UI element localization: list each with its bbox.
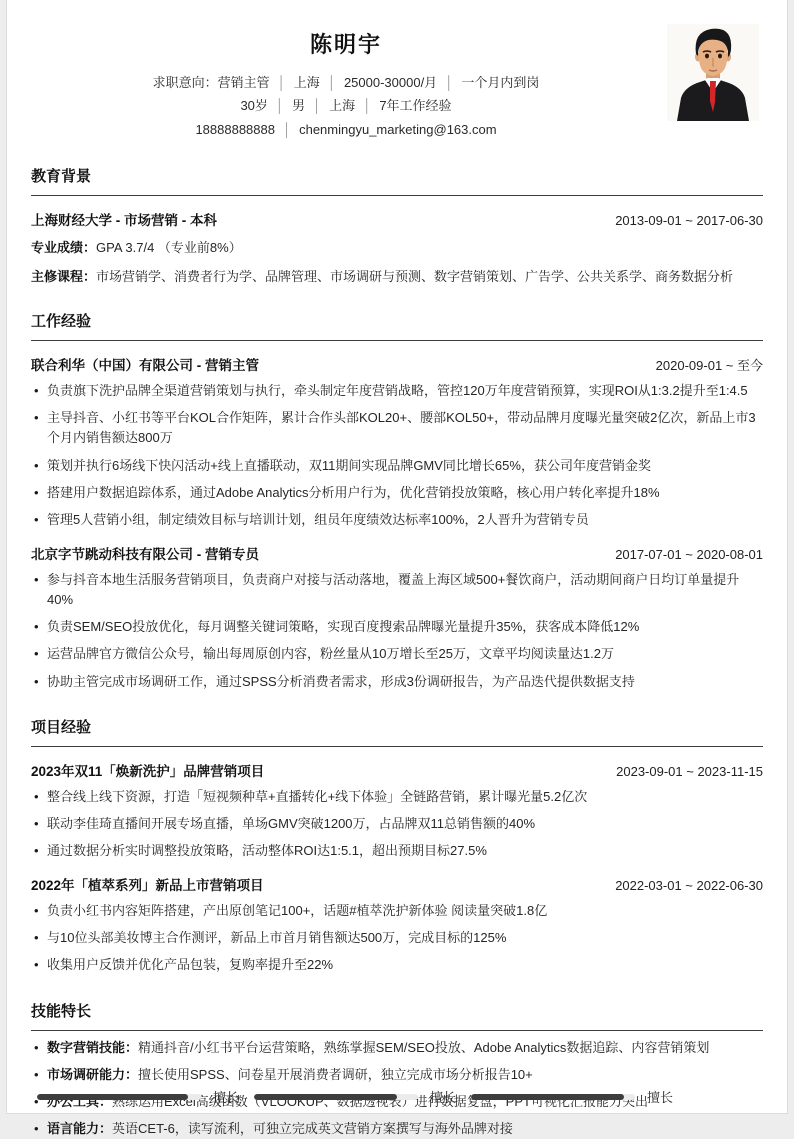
section-title-work: 工作经验 (31, 310, 763, 341)
job-bullet: 协助主管完成市场调研工作，通过SPSS分析消费者需求，形成3份调研报告，为产品迭… (47, 672, 763, 692)
job-date-range: 2017-07-01 ~ 2020-08-01 (615, 547, 763, 562)
project-entry-head: 2022年「植萃系列」新品上市营销项目 2022-03-01 ~ 2022-06… (31, 874, 763, 894)
separator: │ (278, 75, 286, 90)
skill-text: 英语CET-6，读写流利，可独立完成英文营销方案撰写与海外品牌对接 (112, 1121, 513, 1136)
proficiency-label: 擅长 (430, 1087, 456, 1106)
skill-progress-fill (37, 1094, 188, 1100)
project-bullet-list: 整合线上线下资源，打造「短视频种草+直播转化+线下体验」全链路营销，累计曝光量5… (31, 787, 763, 861)
skill-progress-bar (471, 1094, 635, 1100)
job-title: 北京字节跳动科技有限公司 - 营销专员 (31, 543, 259, 563)
skill-text: 精通抖音/小红书平台运营策略，熟练掌握SEM/SEO投放、Adobe Analy… (138, 1040, 709, 1055)
profile-photo-illustration (667, 24, 759, 121)
courses-value: 市场营销学、消费者行为学、品牌管理、市场调研与预测、数字营销策划、广告学、公共关… (96, 269, 733, 284)
contact-line-basic: 30岁│男│上海│7年工作经验 (31, 94, 661, 117)
proficiency-bar-group: 擅长 (254, 1087, 456, 1106)
section-title-education: 教育背景 (31, 165, 763, 196)
salary-expectation: 25000-30000/月 (344, 75, 437, 90)
candidate-name: 陈明宇 (31, 28, 661, 59)
courses-label: 主修课程： (31, 269, 96, 284)
project-date-range: 2023-09-01 ~ 2023-11-15 (616, 764, 763, 779)
phone-number: 18888888888 (195, 122, 275, 137)
separator: │ (283, 122, 291, 137)
skill-progress-bar (254, 1094, 418, 1100)
job-entry-head: 北京字节跳动科技有限公司 - 营销专员 2017-07-01 ~ 2020-08… (31, 543, 763, 563)
skill-item: 语言能力：英语CET-6，读写流利，可独立完成英文营销方案撰写与海外品牌对接 (47, 1119, 763, 1139)
age: 30岁 (240, 98, 267, 113)
section-projects: 项目经验 2023年双11「焕新洗护」品牌营销项目 2023-09-01 ~ 2… (31, 716, 763, 976)
project-bullet: 通过数据分析实时调整投放策略，活动整体ROI达1:5.1，超出预期目标27.5% (47, 841, 763, 861)
skill-progress-bar (37, 1094, 201, 1100)
job-bullet: 运营品牌官方微信公众号，输出每周原创内容，粉丝量从10万增长至25万，文章平均阅… (47, 644, 763, 664)
section-title-projects: 项目经验 (31, 716, 763, 747)
skill-progress-fill (471, 1094, 624, 1100)
proficiency-bar-group: 擅长 (37, 1087, 239, 1106)
job-bullet: 搭建用户数据追踪体系，通过Adobe Analytics分析用户行为，优化营销投… (47, 483, 763, 503)
separator: │ (276, 98, 284, 113)
header-text-block: 陈明宇 求职意向：营销主管│上海│25000-30000/月│一个月内到岗 30… (31, 22, 661, 141)
skill-progress-fill (254, 1094, 397, 1100)
job-bullet-list: 负责旗下洗护品牌全渠道营销策划与执行，牵头制定年度营销战略，管控120万年度营销… (31, 381, 763, 530)
project-title: 2023年双11「焕新洗护」品牌营销项目 (31, 760, 264, 780)
courses-line: 主修课程：市场营销学、消费者行为学、品牌管理、市场调研与预测、数字营销策划、广告… (31, 267, 763, 287)
proficiency-label: 擅长 (647, 1087, 673, 1106)
job-date-range: 2020-09-01 ~ 至今 (656, 355, 763, 374)
section-education: 教育背景 上海财经大学 - 市场营销 - 本科 2013-09-01 ~ 201… (31, 165, 763, 286)
proficiency-bars-row: 擅长 擅长 擅长 (37, 1087, 763, 1106)
resume-header: 陈明宇 求职意向：营销主管│上海│25000-30000/月│一个月内到岗 30… (31, 22, 763, 141)
gender: 男 (292, 98, 305, 113)
contact-line-intent: 求职意向：营销主管│上海│25000-30000/月│一个月内到岗 (31, 71, 661, 94)
project-bullet: 整合线上线下资源，打造「短视频种草+直播转化+线下体验」全链路营销，累计曝光量5… (47, 787, 763, 807)
skill-label: 市场调研能力： (47, 1067, 138, 1082)
project-title: 2022年「植萃系列」新品上市营销项目 (31, 874, 264, 894)
experience-years: 7年工作经验 (379, 98, 451, 113)
education-entry-head: 上海财经大学 - 市场营销 - 本科 2013-09-01 ~ 2017-06-… (31, 209, 763, 229)
job-bullet-list: 参与抖音本地生活服务营销项目，负责商户对接与活动落地，覆盖上海区域500+餐饮商… (31, 570, 763, 692)
project-bullet-list: 负责小红书内容矩阵搭建，产出原创笔记100+，话题#植萃洗护新体验 阅读量突破1… (31, 901, 763, 975)
location: 上海 (329, 98, 355, 113)
availability: 一个月内到岗 (461, 75, 539, 90)
skill-text: 擅长使用SPSS、问卷星开展消费者调研，独立完成市场分析报告10+ (138, 1067, 533, 1082)
education-date-range: 2013-09-01 ~ 2017-06-30 (615, 213, 763, 228)
project-entry-head: 2023年双11「焕新洗护」品牌营销项目 2023-09-01 ~ 2023-1… (31, 760, 763, 780)
job-bullet: 主导抖音、小红书等平台KOL合作矩阵，累计合作头部KOL20+、腰部KOL50+… (47, 408, 763, 448)
gpa-label: 专业成绩： (31, 240, 96, 255)
skill-item: 数字营销技能：精通抖音/小红书平台运营策略，熟练掌握SEM/SEO投放、Adob… (47, 1038, 763, 1058)
gpa-line: 专业成绩：GPA 3.7/4 （专业前8%） (31, 238, 763, 258)
project-date-range: 2022-03-01 ~ 2022-06-30 (615, 878, 763, 893)
separator: │ (445, 75, 453, 90)
skill-label: 语言能力： (47, 1121, 112, 1136)
job-entry-head: 联合利华（中国）有限公司 - 营销主管 2020-09-01 ~ 至今 (31, 354, 763, 374)
section-skills: 技能特长 数字营销技能：精通抖音/小红书平台运营策略，熟练掌握SEM/SEO投放… (31, 1000, 763, 1139)
job-bullet: 策划并执行6场线下快闪活动+线上直播联动，双11期间实现品牌GMV同比增长65%… (47, 456, 763, 476)
separator: │ (313, 98, 321, 113)
city: 上海 (294, 75, 320, 90)
separator: │ (363, 98, 371, 113)
proficiency-bar-group: 擅长 (471, 1087, 673, 1106)
contact-line-reach: 18888888888│chenmingyu_marketing@163.com (31, 118, 661, 141)
proficiency-label: 擅长 (213, 1087, 239, 1106)
profile-photo (667, 24, 759, 121)
job-bullet: 参与抖音本地生活服务营销项目，负责商户对接与活动落地，覆盖上海区域500+餐饮商… (47, 570, 763, 610)
skill-label: 数字营销技能： (47, 1040, 138, 1055)
project-bullet: 负责小红书内容矩阵搭建，产出原创笔记100+，话题#植萃洗护新体验 阅读量突破1… (47, 901, 763, 921)
separator: │ (328, 75, 336, 90)
project-bullet: 联动李佳琦直播间开展专场直播，单场GMV突破1200万，占品牌双11总销售额的4… (47, 814, 763, 834)
resume-page: 陈明宇 求职意向：营销主管│上海│25000-30000/月│一个月内到岗 30… (6, 0, 788, 1114)
skill-item: 市场调研能力：擅长使用SPSS、问卷星开展消费者调研，独立完成市场分析报告10+ (47, 1065, 763, 1085)
job-title: 联合利华（中国）有限公司 - 营销主管 (31, 354, 259, 374)
job-bullet: 负责SEM/SEO投放优化，每月调整关键词策略，实现百度搜索品牌曝光量提升35%… (47, 617, 763, 637)
gpa-value: GPA 3.7/4 （专业前8%） (96, 240, 242, 255)
project-bullet: 与10位头部美妆博主合作测评，新品上市首月销售额达500万，完成目标的125% (47, 928, 763, 948)
project-bullet: 收集用户反馈并优化产品包装，复购率提升至22% (47, 955, 763, 975)
job-bullet: 负责旗下洗护品牌全渠道营销策划与执行，牵头制定年度营销战略，管控120万年度营销… (47, 381, 763, 401)
section-work: 工作经验 联合利华（中国）有限公司 - 营销主管 2020-09-01 ~ 至今… (31, 310, 763, 692)
email-address: chenmingyu_marketing@163.com (299, 122, 496, 137)
school-degree: 上海财经大学 - 市场营销 - 本科 (31, 209, 217, 229)
job-intent: 求职意向：营销主管 (153, 75, 270, 90)
job-bullet: 管理5人营销小组，制定绩效目标与培训计划，组员年度绩效达标率100%，2人晋升为… (47, 510, 763, 530)
section-title-skills: 技能特长 (31, 1000, 763, 1031)
